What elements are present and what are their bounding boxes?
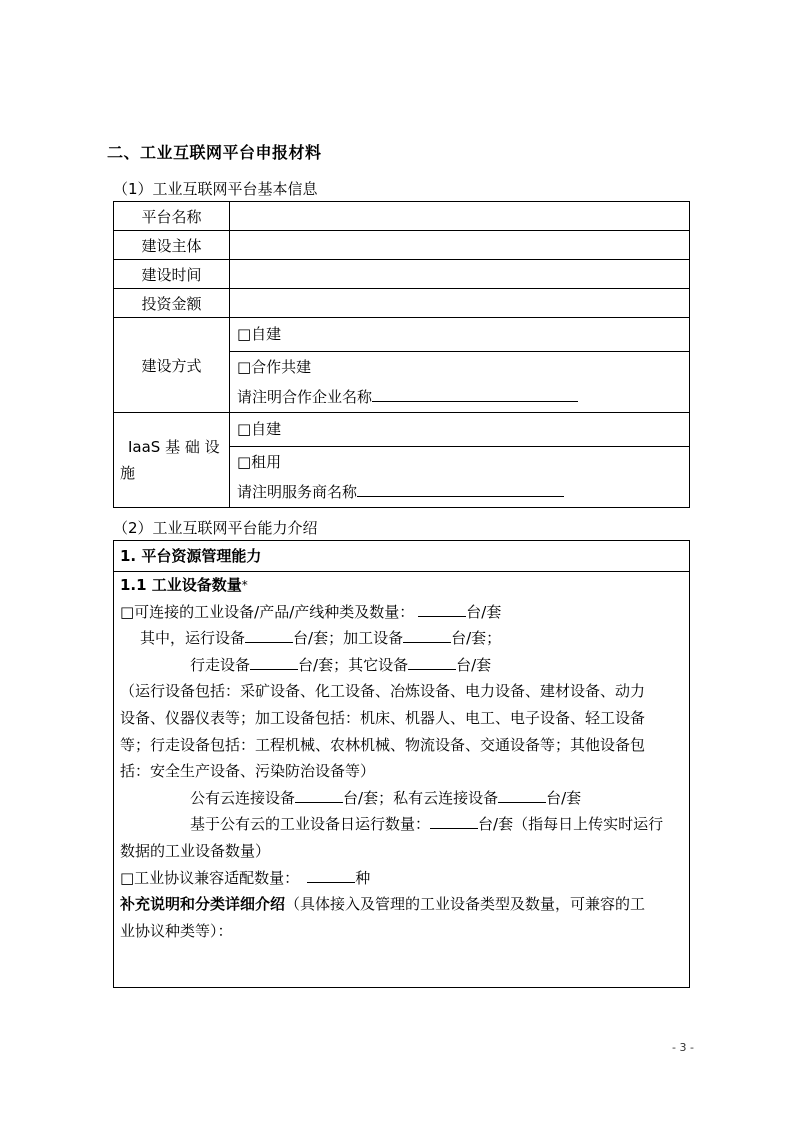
unit-label: 台/套 — [466, 603, 501, 621]
other-devices-input[interactable] — [408, 653, 456, 670]
iaas-rent-cell: □租用 请注明服务商名称 — [230, 447, 690, 508]
device-count-title: 1.1 工业设备数量* — [120, 572, 683, 599]
device-note-line: 括：安全生产设备、污染防治设备等） — [120, 758, 683, 785]
protocol-input[interactable] — [307, 866, 355, 883]
builder-field[interactable] — [230, 231, 690, 260]
cooperative-build-checkbox[interactable]: □合作共建 — [230, 352, 689, 382]
supplement-line: 补充说明和分类详细介绍（具体接入及管理的工业设备类型及数量，可兼容的工 — [120, 891, 683, 918]
construction-mode-label: 建设方式 — [114, 318, 230, 413]
protocol-label[interactable]: □工业协议兼容适配数量： — [120, 869, 299, 887]
self-build-checkbox[interactable]: □自建 — [230, 318, 690, 352]
partner-name-label: 请注明合作企业名称 — [237, 388, 372, 406]
table-row: 建设方式 □自建 — [114, 318, 690, 352]
private-cloud-input[interactable] — [498, 786, 546, 803]
public-cloud-input[interactable] — [295, 786, 343, 803]
device-count-title-text: 1.1 工业设备数量 — [120, 576, 242, 594]
operating-processing-line: 其中，运行设备台/套；加工设备台/套； — [120, 625, 683, 652]
connectable-devices-line: □可连接的工业设备/产品/产线种类及数量：台/套 — [120, 599, 683, 626]
daily-running-line: 基于公有云的工业设备日运行数量：台/套（指每日上传实时运行 — [120, 811, 683, 838]
operating-devices-input[interactable] — [245, 626, 293, 643]
other-devices-label: 台/套；其它设备 — [298, 656, 408, 674]
table-row: 建设时间 — [114, 260, 690, 289]
daily-running-note-cont: 数据的工业设备数量） — [120, 838, 683, 865]
unit-label: 台/套 — [546, 789, 581, 807]
table-row: 投资金额 — [114, 289, 690, 318]
provider-name-input[interactable] — [357, 482, 564, 497]
partner-name-line: 请注明合作企业名称 — [230, 382, 689, 412]
iaas-rent-checkbox[interactable]: □租用 — [230, 447, 689, 477]
protocol-unit: 种 — [355, 869, 370, 887]
device-note-line: 设备、仪器仪表等；加工设备包括：机床、机器人、电工、电子设备、轻工设备 — [120, 705, 683, 732]
protocol-line: □工业协议兼容适配数量：种 — [120, 865, 683, 892]
moving-devices-input[interactable] — [250, 653, 298, 670]
connectable-devices-label[interactable]: □可连接的工业设备/产品/产线种类及数量： — [120, 603, 414, 621]
partner-name-input[interactable] — [372, 387, 578, 402]
public-cloud-label: 公有云连接设备 — [190, 789, 295, 807]
page-number: - 3 - — [672, 1041, 694, 1054]
basic-info-table: 平台名称 建设主体 建设时间 投资金额 建设方式 □自建 □合作共建 请注明合作… — [113, 201, 690, 508]
processing-devices-input[interactable] — [403, 626, 451, 643]
iaas-label-line2: 施 — [120, 460, 229, 486]
device-count-section: 1.1 工业设备数量* □可连接的工业设备/产品/产线种类及数量：台/套 其中，… — [114, 572, 689, 984]
table-row: 平台名称 — [114, 202, 690, 231]
daily-running-note: 台/套（指每日上传实时运行 — [478, 815, 663, 833]
investment-field[interactable] — [230, 289, 690, 318]
builder-label: 建设主体 — [114, 231, 230, 260]
capability-box: 1. 平台资源管理能力 1.1 工业设备数量* □可连接的工业设备/产品/产线种… — [113, 540, 690, 988]
iaas-label-line1: IaaS 基 础 设 — [120, 434, 229, 460]
iaas-self-build-checkbox[interactable]: □自建 — [230, 413, 690, 447]
resource-management-header: 1. 平台资源管理能力 — [114, 541, 689, 572]
daily-running-label: 基于公有云的工业设备日运行数量： — [190, 815, 430, 833]
moving-other-line: 行走设备台/套；其它设备台/套 — [120, 652, 683, 679]
section-title: 二、工业互联网平台申报材料 — [107, 140, 322, 163]
supplement-title: 补充说明和分类详细介绍 — [120, 895, 285, 913]
basic-info-subtitle: （1）工业互联网平台基本信息 — [113, 178, 318, 199]
daily-running-input[interactable] — [430, 812, 478, 829]
supplement-line-2: 业协议种类等）： — [120, 918, 683, 945]
build-time-label: 建设时间 — [114, 260, 230, 289]
table-row: 建设主体 — [114, 231, 690, 260]
unit-label: 台/套 — [456, 656, 491, 674]
operating-devices-label: 其中，运行设备 — [140, 629, 245, 647]
moving-devices-label: 行走设备 — [190, 656, 250, 674]
connectable-devices-input[interactable] — [418, 600, 466, 617]
iaas-label: IaaS 基 础 设 施 — [114, 413, 230, 508]
unit-label: 台/套； — [451, 629, 501, 647]
cooperative-build-cell: □合作共建 请注明合作企业名称 — [230, 352, 690, 413]
provider-name-line: 请注明服务商名称 — [230, 477, 689, 507]
build-time-field[interactable] — [230, 260, 690, 289]
required-star: * — [242, 578, 248, 592]
device-note-line: 等；行走设备包括：工程机械、农林机械、物流设备、交通设备等；其他设备包 — [120, 732, 683, 759]
private-cloud-label: 台/套；私有云连接设备 — [343, 789, 498, 807]
capability-subtitle: （2）工业互联网平台能力介绍 — [113, 517, 318, 538]
supplement-input-area[interactable] — [120, 944, 683, 984]
investment-label: 投资金额 — [114, 289, 230, 318]
table-row: IaaS 基 础 设 施 □自建 — [114, 413, 690, 447]
platform-name-field[interactable] — [230, 202, 690, 231]
device-note-line: （运行设备包括：采矿设备、化工设备、冶炼设备、电力设备、建材设备、动力 — [120, 678, 683, 705]
processing-devices-label: 台/套；加工设备 — [293, 629, 403, 647]
cloud-devices-line: 公有云连接设备台/套；私有云连接设备台/套 — [120, 785, 683, 812]
supplement-desc: （具体接入及管理的工业设备类型及数量，可兼容的工 — [285, 895, 645, 913]
provider-name-label: 请注明服务商名称 — [237, 483, 357, 501]
platform-name-label: 平台名称 — [114, 202, 230, 231]
